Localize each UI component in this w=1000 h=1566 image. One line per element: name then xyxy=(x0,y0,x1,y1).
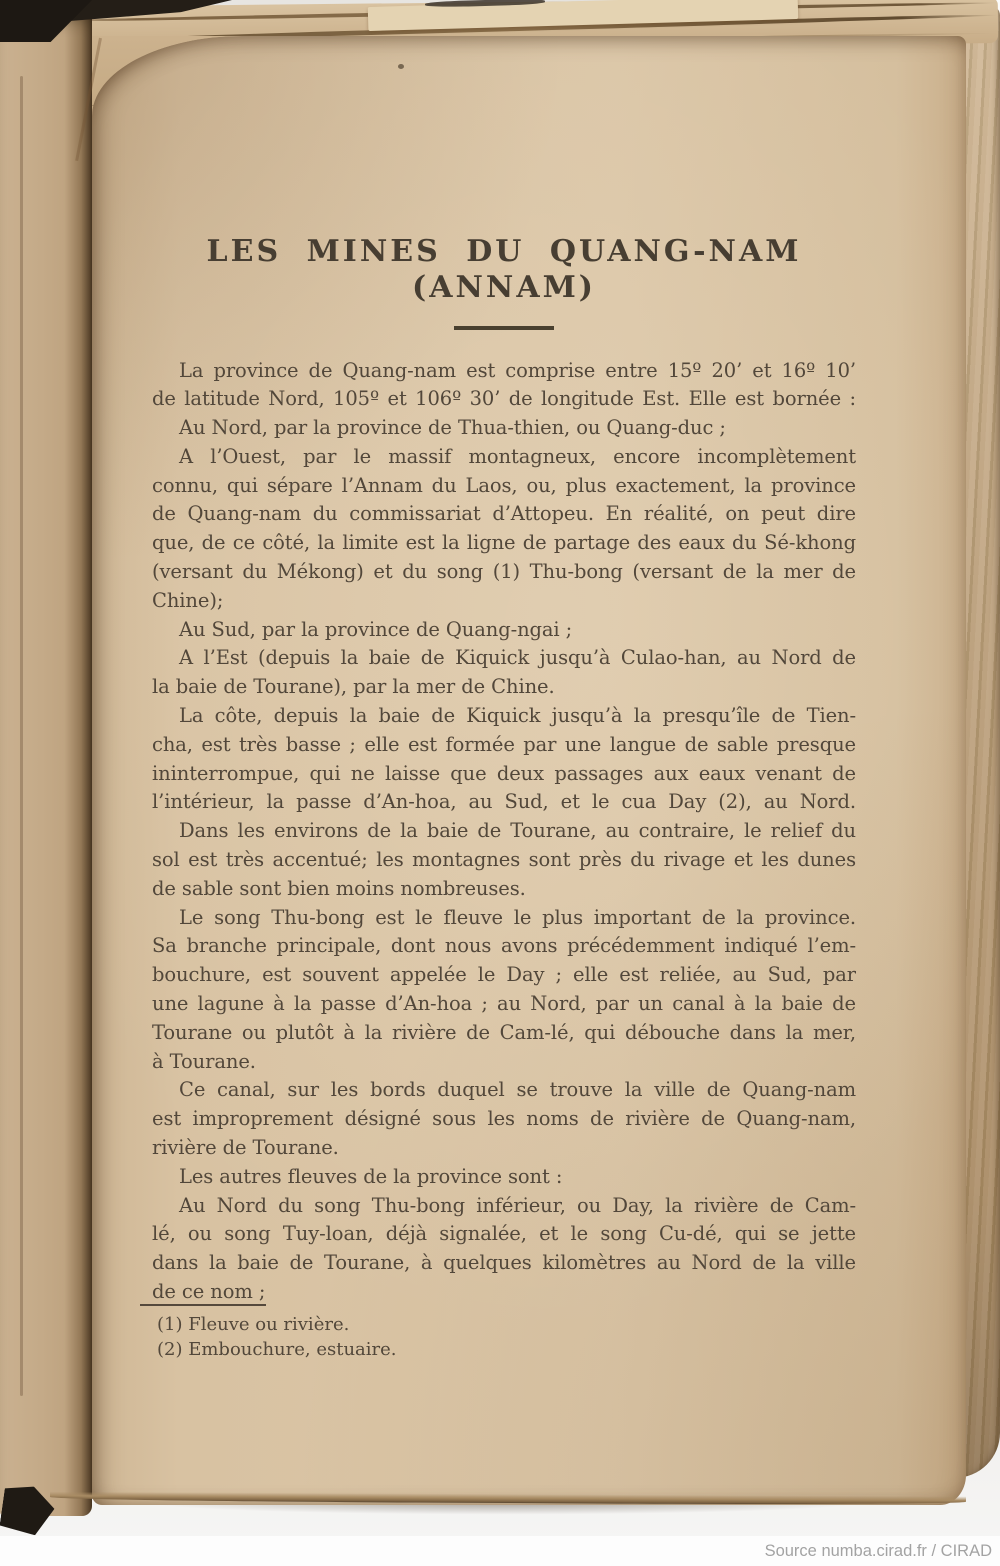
paragraph: Au Sud, par la province de Quang-ngai ; xyxy=(152,616,856,645)
paragraph: Les autres fleuves de la province sont : xyxy=(152,1163,856,1192)
text-line: Au Nord du song Thu-bong inférieur, ou D… xyxy=(152,1192,856,1221)
paragraph: Dans les environs de la baie de Tourane,… xyxy=(152,817,856,903)
text-line: (versant du Mékong) et du song (1) Thu-b… xyxy=(152,558,856,587)
text-line: bouchure, est souvent appelée le Day ; e… xyxy=(152,961,856,990)
credit-bar: Source numba.cirad.fr / CIRAD xyxy=(0,1536,1000,1566)
text-line: une lagune à la passe d’An-hoa ; au Nord… xyxy=(152,990,856,1019)
text-line: ininterrompue, qui ne laisse que deux pa… xyxy=(152,760,856,789)
text-line: la baie de Tourane), par la mer de Chine… xyxy=(152,673,856,702)
footnote: (1) Fleuve ou rivière. xyxy=(152,1312,856,1337)
text-line: Au Nord, par la province de Thua-thien, … xyxy=(152,414,856,443)
text-line: A l’Ouest, par le massif montagneux, enc… xyxy=(152,443,856,472)
paragraph: Au Nord du song Thu-bong inférieur, ou D… xyxy=(152,1192,856,1307)
text-line: cha, est très basse ; elle est formée pa… xyxy=(152,731,856,760)
text-line: dans la baie de Tourane, à quelques kilo… xyxy=(152,1249,856,1278)
text-line: de sable sont bien moins nombreuses. xyxy=(152,875,856,904)
paragraph: La côte, depuis la baie de Kiquick jusqu… xyxy=(152,702,856,817)
text-line: lé, ou song Tuy-loan, déjà signalée, et … xyxy=(152,1220,856,1249)
text-line: est improprement désigné sous les noms d… xyxy=(152,1105,856,1134)
text-line: Les autres fleuves de la province sont : xyxy=(152,1163,856,1192)
text-line: Tourane ou plutôt à la rivière de Cam-lé… xyxy=(152,1019,856,1048)
text-line: Ce canal, sur les bords duquel se trouve… xyxy=(152,1076,856,1105)
page-title: LES MINES DU QUANG-NAM (ANNAM) xyxy=(152,234,856,306)
text-body: La province de Quang-nam est comprise en… xyxy=(152,357,856,1307)
title-rule xyxy=(454,326,554,330)
text-line: que, de ce côté, la limite est la ligne … xyxy=(152,529,856,558)
paragraph: A l’Est (depuis la baie de Kiquick jusqu… xyxy=(152,644,856,702)
paragraph: Ce canal, sur les bords duquel se trouve… xyxy=(152,1076,856,1162)
credit-text: Source numba.cirad.fr / CIRAD xyxy=(765,1536,992,1566)
text-line: La province de Quang-nam est comprise en… xyxy=(152,357,856,386)
text-line: Chine); xyxy=(152,587,856,616)
text-block: LES MINES DU QUANG-NAM (ANNAM) La provin… xyxy=(152,234,856,1362)
text-line: Le song Thu-bong est le fleuve le plus i… xyxy=(152,904,856,933)
text-line: connu, qui sépare l’Annam du Laos, ou, p… xyxy=(152,472,856,501)
text-line: de ce nom ; xyxy=(152,1278,856,1307)
text-line: sol est très accentué; les montagnes son… xyxy=(152,846,856,875)
text-line: Dans les environs de la baie de Tourane,… xyxy=(152,817,856,846)
paragraph: Au Nord, par la province de Thua-thien, … xyxy=(152,414,856,443)
text-line: l’intérieur, la passe d’An-hoa, au Sud, … xyxy=(152,788,856,817)
text-line: Au Sud, par la province de Quang-ngai ; xyxy=(152,616,856,645)
text-line: rivière de Tourane. xyxy=(152,1134,856,1163)
book-gutter xyxy=(0,16,92,1516)
text-line: de latitude Nord, 105º et 106º 30’ de lo… xyxy=(152,385,856,414)
text-line: A l’Est (depuis la baie de Kiquick jusqu… xyxy=(152,644,856,673)
paragraph: La province de Quang-nam est comprise en… xyxy=(152,357,856,415)
footnote: (2) Embouchure, estuaire. xyxy=(152,1337,856,1362)
gutter-ridge xyxy=(20,76,23,1396)
text-line: La côte, depuis la baie de Kiquick jusqu… xyxy=(152,702,856,731)
footnotes: (1) Fleuve ou rivière.(2) Embouchure, es… xyxy=(152,1312,856,1362)
paper-speck xyxy=(398,64,404,69)
scanned-book-page: LES MINES DU QUANG-NAM (ANNAM) La provin… xyxy=(0,0,1000,1566)
text-line: Sa branche principale, dont nous avons p… xyxy=(152,932,856,961)
text-line: à Tourane. xyxy=(152,1048,856,1077)
paragraph: A l’Ouest, par le massif montagneux, enc… xyxy=(152,443,856,616)
paragraph: Le song Thu-bong est le fleuve le plus i… xyxy=(152,904,856,1077)
text-line: de Quang-nam du commissariat d’Attopeu. … xyxy=(152,500,856,529)
